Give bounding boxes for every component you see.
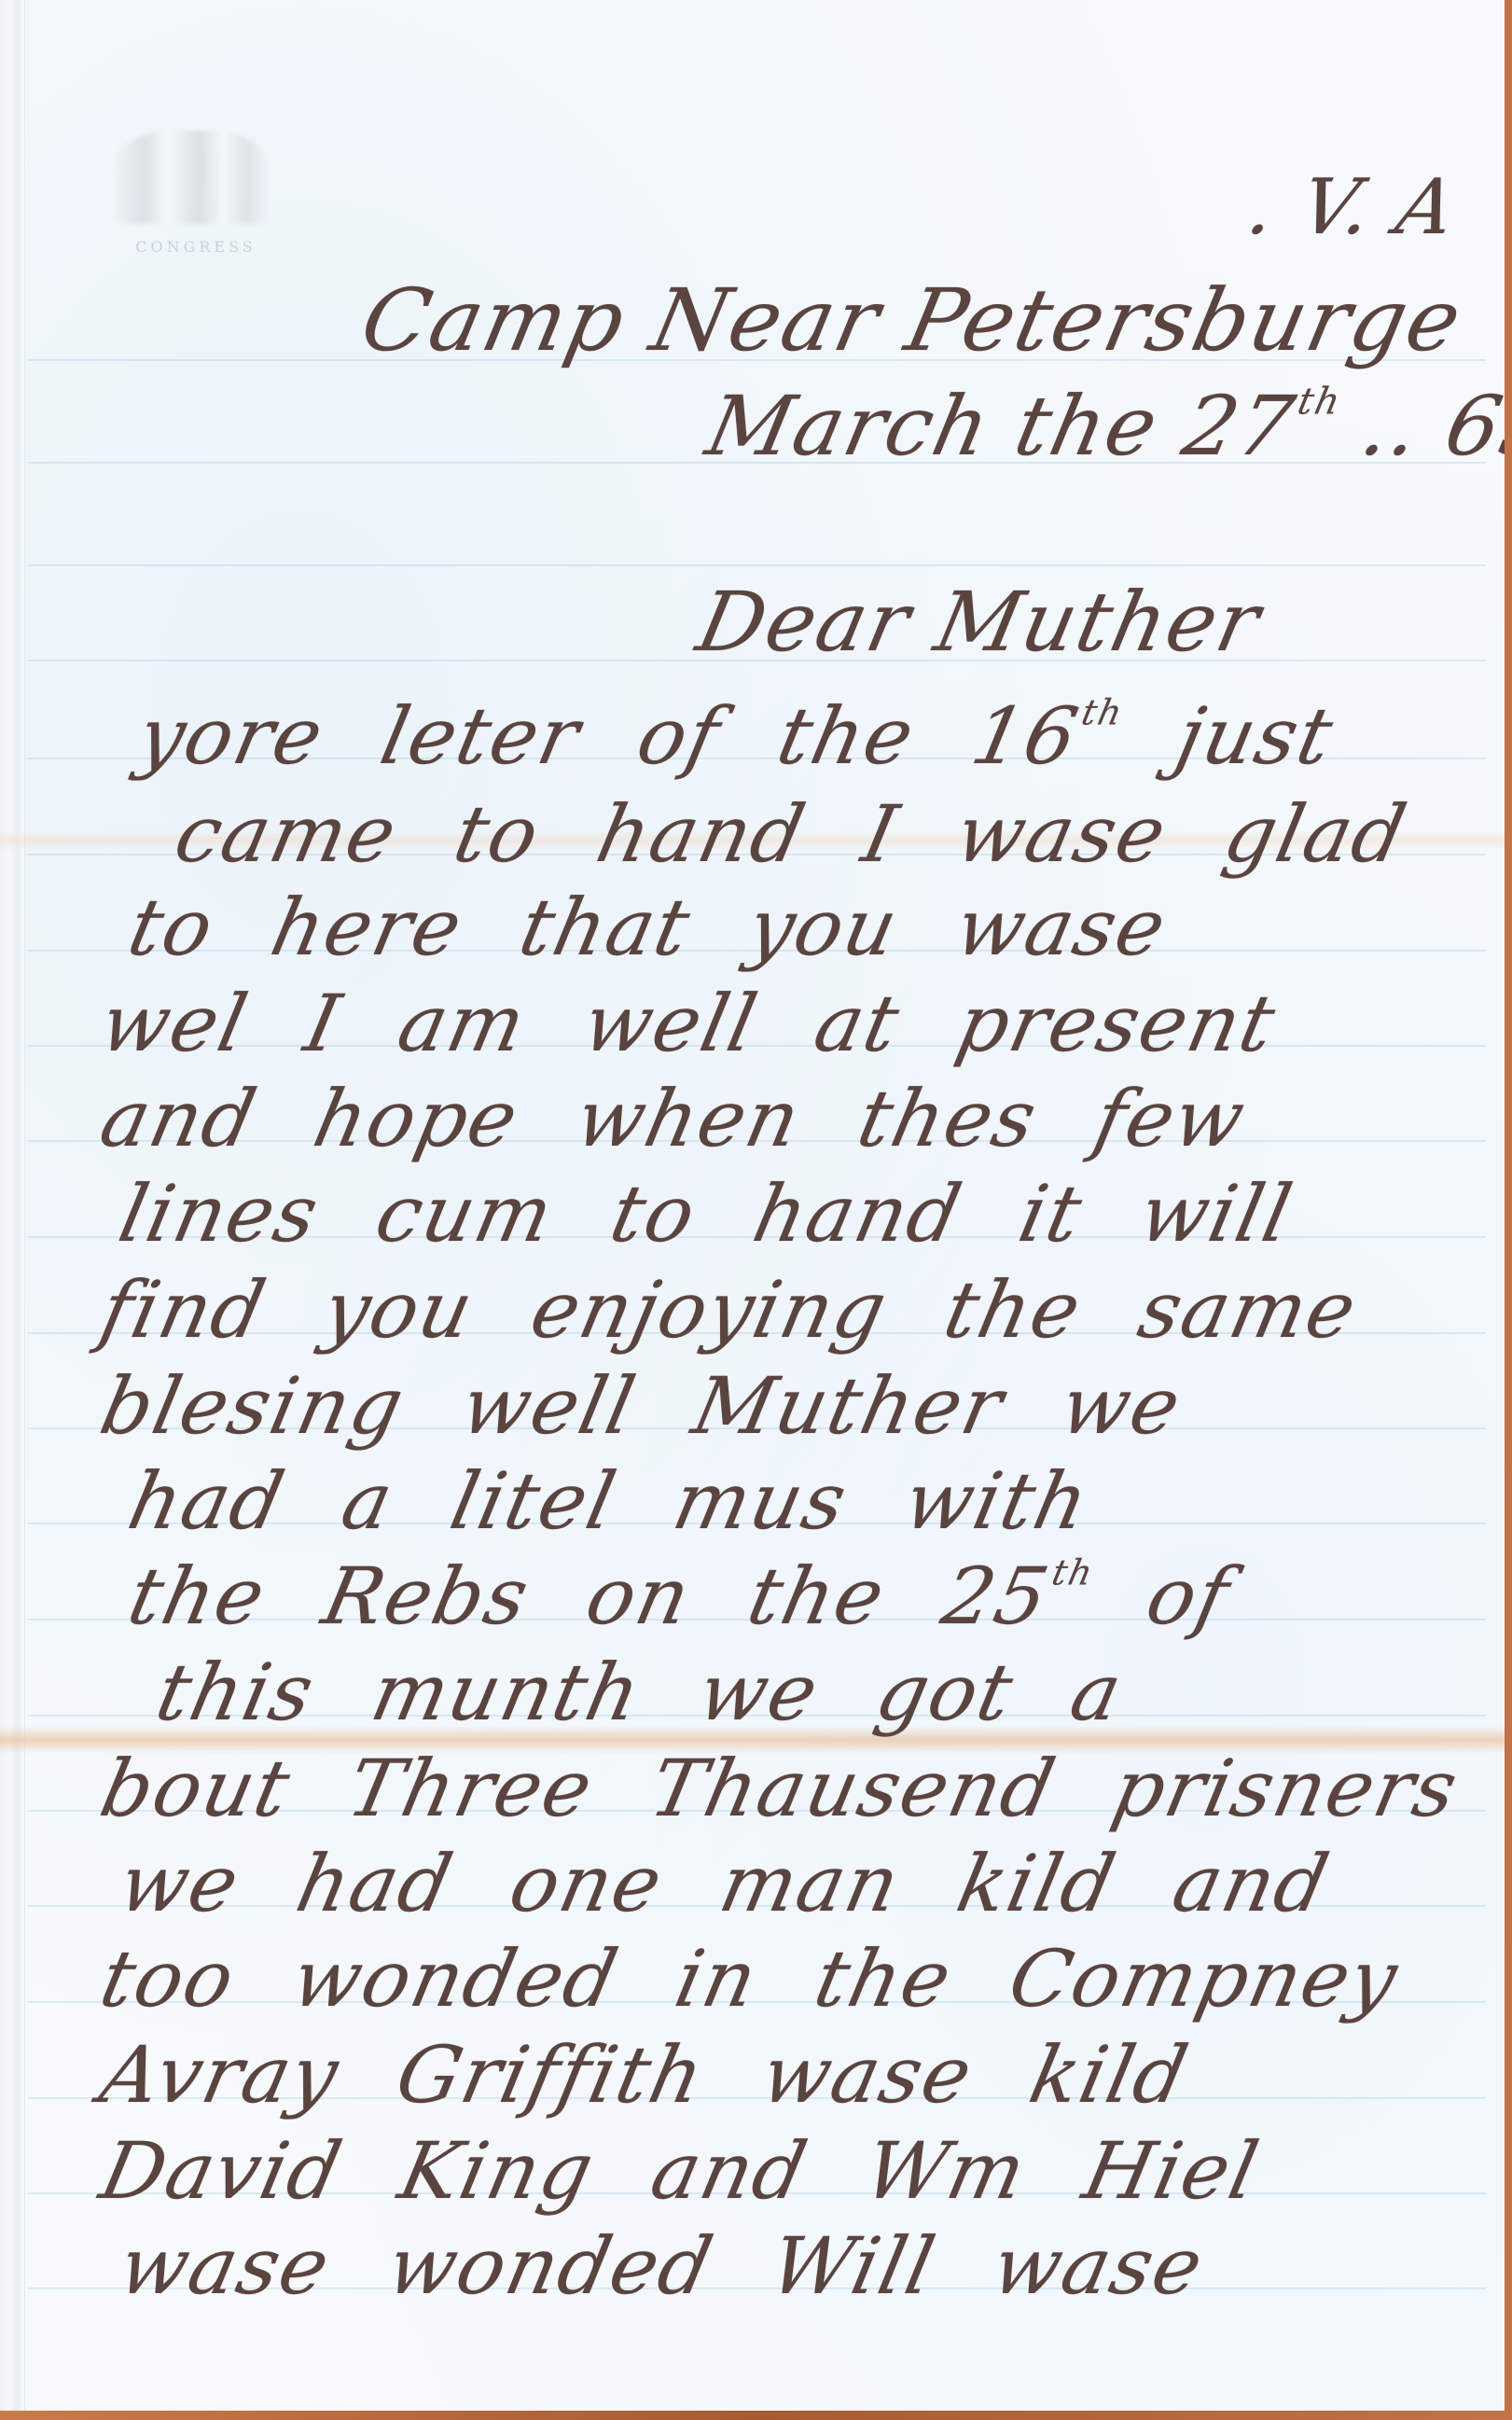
salutation: Dear Muther [689, 574, 1269, 670]
body-line: find you enjoying the same [93, 1264, 1366, 1356]
date-year: .. 65 [1325, 378, 1505, 474]
body-line: lines cum to hand it will [112, 1168, 1301, 1259]
body-line: we had one man kild and [112, 1838, 1338, 1929]
body-line: David King and Wm Hiel [93, 2125, 1268, 2217]
heading-state: . V. A [1241, 163, 1465, 252]
emboss-label: CONGRESS [131, 238, 261, 256]
body-line: the Rebs on the 25th of [121, 1551, 1239, 1642]
body-line: wel I am well at present [93, 978, 1284, 1069]
date-main: March the 27 [699, 378, 1304, 474]
emboss-capitol-shape [112, 131, 270, 224]
body-line: came to hand I wase glad [168, 788, 1416, 880]
body-line: Avray Griffith wase kild [93, 2029, 1198, 2121]
body-line: yore leter of the 16th just [131, 690, 1342, 782]
letter-page: CONGRESS . V. A Camp Near Petersburge Ma… [0, 0, 1505, 2411]
body-line: to here that you wase [121, 882, 1175, 973]
ruled-line [28, 564, 1486, 566]
body-line: bout Three Thausend prisners [93, 1743, 1467, 1834]
wooden-frame-background: CONGRESS . V. A Camp Near Petersburge Ma… [0, 0, 1512, 2420]
body-line: blesing well Muther we [93, 1360, 1190, 1452]
page-binding-edge [0, 0, 25, 2411]
body-line: wase wonded Will wase [112, 2220, 1213, 2312]
body-line: too wonded in the Compney [93, 1933, 1407, 2024]
body-line: and hope when thes few [93, 1073, 1255, 1164]
body-line: had a litel mus with [121, 1455, 1098, 1547]
heading-place: Camp Near Petersburge [354, 271, 1472, 370]
body-line: this munth we got a [149, 1647, 1131, 1738]
heading-date: March the 27th .. 65 [699, 378, 1505, 474]
embossed-stamp-icon: CONGRESS [93, 121, 289, 271]
